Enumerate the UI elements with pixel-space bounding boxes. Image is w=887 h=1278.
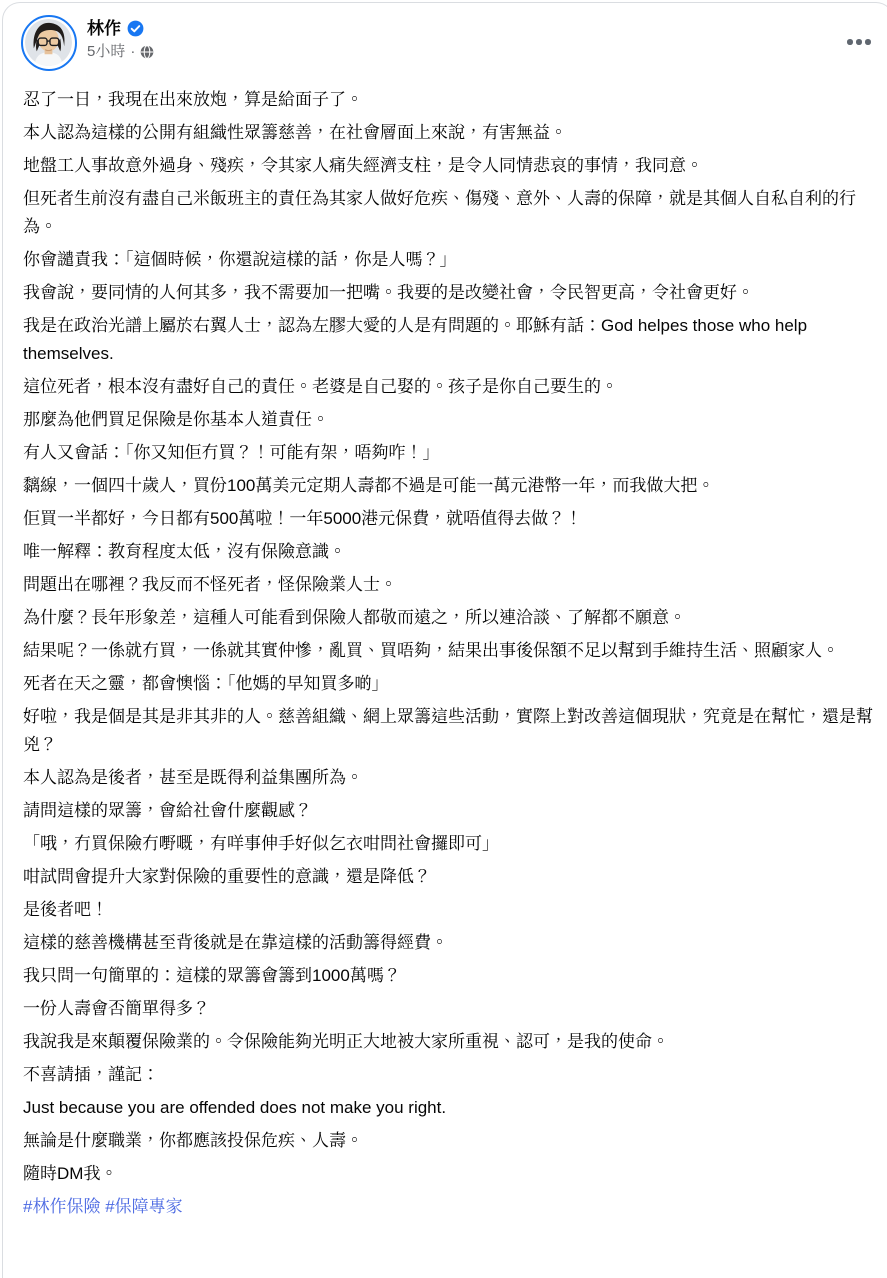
ellipsis-icon bbox=[847, 39, 853, 45]
post-paragraph: 地盤工人事故意外過身、殘疾，令其家人痛失經濟支柱，是令人同情悲哀的事情，我同意。 bbox=[23, 152, 877, 180]
post-paragraph: 問題出在哪裡？我反而不怪死者，怪保險業人士。 bbox=[23, 571, 877, 599]
post-paragraph: 「哦，冇買保險冇嘢嘅，有咩事伸手好似乞衣咁問社會攞即可」 bbox=[23, 830, 877, 858]
post-paragraph: 無論是什麼職業，你都應該投保危疾、人壽。 bbox=[23, 1127, 877, 1155]
post-paragraph: 不喜請插，謹記： bbox=[23, 1061, 877, 1089]
post-paragraph: 死者在天之靈，都會懊惱：「他媽的早知買多啲」 bbox=[23, 670, 877, 698]
post-header: 林作 5小時 · bbox=[3, 3, 887, 71]
post-paragraph: 我說我是來顛覆保險業的。令保險能夠光明正大地被大家所重視、認可，是我的使命。 bbox=[23, 1028, 877, 1056]
post-paragraph: 有人又會話：「你又知佢冇買？！可能有架，唔夠咋！」 bbox=[23, 439, 877, 467]
post-paragraph: 本人認為是後者，甚至是既得利益集團所為。 bbox=[23, 764, 877, 792]
header-info: 林作 5小時 · bbox=[87, 15, 154, 61]
post-paragraph: 但死者生前沒有盡自己米飯班主的責任為其家人做好危疾、傷殘、意外、人壽的保障，就是… bbox=[23, 185, 877, 241]
post-text: 忍了一日，我現在出來放炮，算是給面子了。本人認為這樣的公開有組織性眾籌慈善，在社… bbox=[23, 86, 877, 1188]
avatar-illustration bbox=[25, 19, 72, 66]
post-paragraph: Just because you are offended does not m… bbox=[23, 1094, 877, 1122]
post-paragraph: 那麼為他們買足保險是你基本人道責任。 bbox=[23, 406, 877, 434]
post-paragraph: 隨時DM我。 bbox=[23, 1160, 877, 1188]
post-paragraph: 我是在政治光譜上屬於右翼人士，認為左膠大愛的人是有問題的。耶穌有話：God he… bbox=[23, 312, 877, 368]
post-paragraph: 為什麼？長年形象差，這種人可能看到保險人都敬而遠之，所以連洽談、了解都不願意。 bbox=[23, 604, 877, 632]
post-menu-button[interactable] bbox=[841, 24, 877, 60]
post-paragraph: 我會說，要同情的人何其多，我不需要加一把嘴。我要的是改變社會，令民智更高，令社會… bbox=[23, 279, 877, 307]
post-body: 忍了一日，我現在出來放炮，算是給面子了。本人認為這樣的公開有組織性眾籌慈善，在社… bbox=[3, 71, 887, 1221]
post-paragraph: 佢買一半都好，今日都有500萬啦！一年5000港元保費，就唔值得去做？！ bbox=[23, 505, 877, 533]
post-paragraph: 是後者吧！ bbox=[23, 896, 877, 924]
ellipsis-icon bbox=[856, 39, 862, 45]
post-paragraph: 好啦，我是個是其是非其非的人。慈善組織、網上眾籌這些活動，實際上對改善這個現狀，… bbox=[23, 703, 877, 759]
hashtag-link[interactable]: #保障專家 bbox=[105, 1197, 182, 1216]
post-paragraph: 咁試問會提升大家對保險的重要性的意識，還是降低？ bbox=[23, 863, 877, 891]
post-paragraph: 我只問一句簡單的：這樣的眾籌會籌到1000萬嗎？ bbox=[23, 962, 877, 990]
verified-badge-icon bbox=[127, 20, 144, 37]
profile-name[interactable]: 林作 bbox=[87, 18, 121, 39]
hashtag-row: #林作保險 #保障專家 bbox=[23, 1193, 877, 1221]
post-paragraph: 一份人壽會否簡單得多？ bbox=[23, 995, 877, 1023]
post-paragraph: 這樣的慈善機構甚至背後就是在靠這樣的活動籌得經費。 bbox=[23, 929, 877, 957]
post-paragraph: 黐線，一個四十歲人，買份100萬美元定期人壽都不過是可能一萬元港幣一年，而我做大… bbox=[23, 472, 877, 500]
post-paragraph: 本人認為這樣的公開有組織性眾籌慈善，在社會層面上來說，有害無益。 bbox=[23, 119, 877, 147]
post-paragraph: 結果呢？一係就冇買，一係就其實仲慘，亂買、買唔夠，結果出事後保額不足以幫到手維持… bbox=[23, 637, 877, 665]
post-paragraph: 忍了一日，我現在出來放炮，算是給面子了。 bbox=[23, 86, 877, 114]
post-paragraph: 你會譴責我：「這個時候，你還說這樣的話，你是人嗎？」 bbox=[23, 246, 877, 274]
post-timestamp[interactable]: 5小時 bbox=[87, 43, 125, 61]
post-paragraph: 這位死者，根本沒有盡好自己的責任。老婆是自己娶的。孩子是你自己要生的。 bbox=[23, 373, 877, 401]
globe-icon bbox=[140, 45, 154, 59]
meta-separator: · bbox=[130, 43, 135, 61]
ellipsis-icon bbox=[865, 39, 871, 45]
post-paragraph: 唯一解釋：教育程度太低，沒有保險意識。 bbox=[23, 538, 877, 566]
avatar[interactable] bbox=[21, 15, 77, 71]
hashtag-link[interactable]: #林作保險 bbox=[23, 1197, 100, 1216]
post-paragraph: 請問這樣的眾籌，會給社會什麼觀感？ bbox=[23, 797, 877, 825]
post-card: 林作 5小時 · bbox=[2, 2, 887, 1278]
